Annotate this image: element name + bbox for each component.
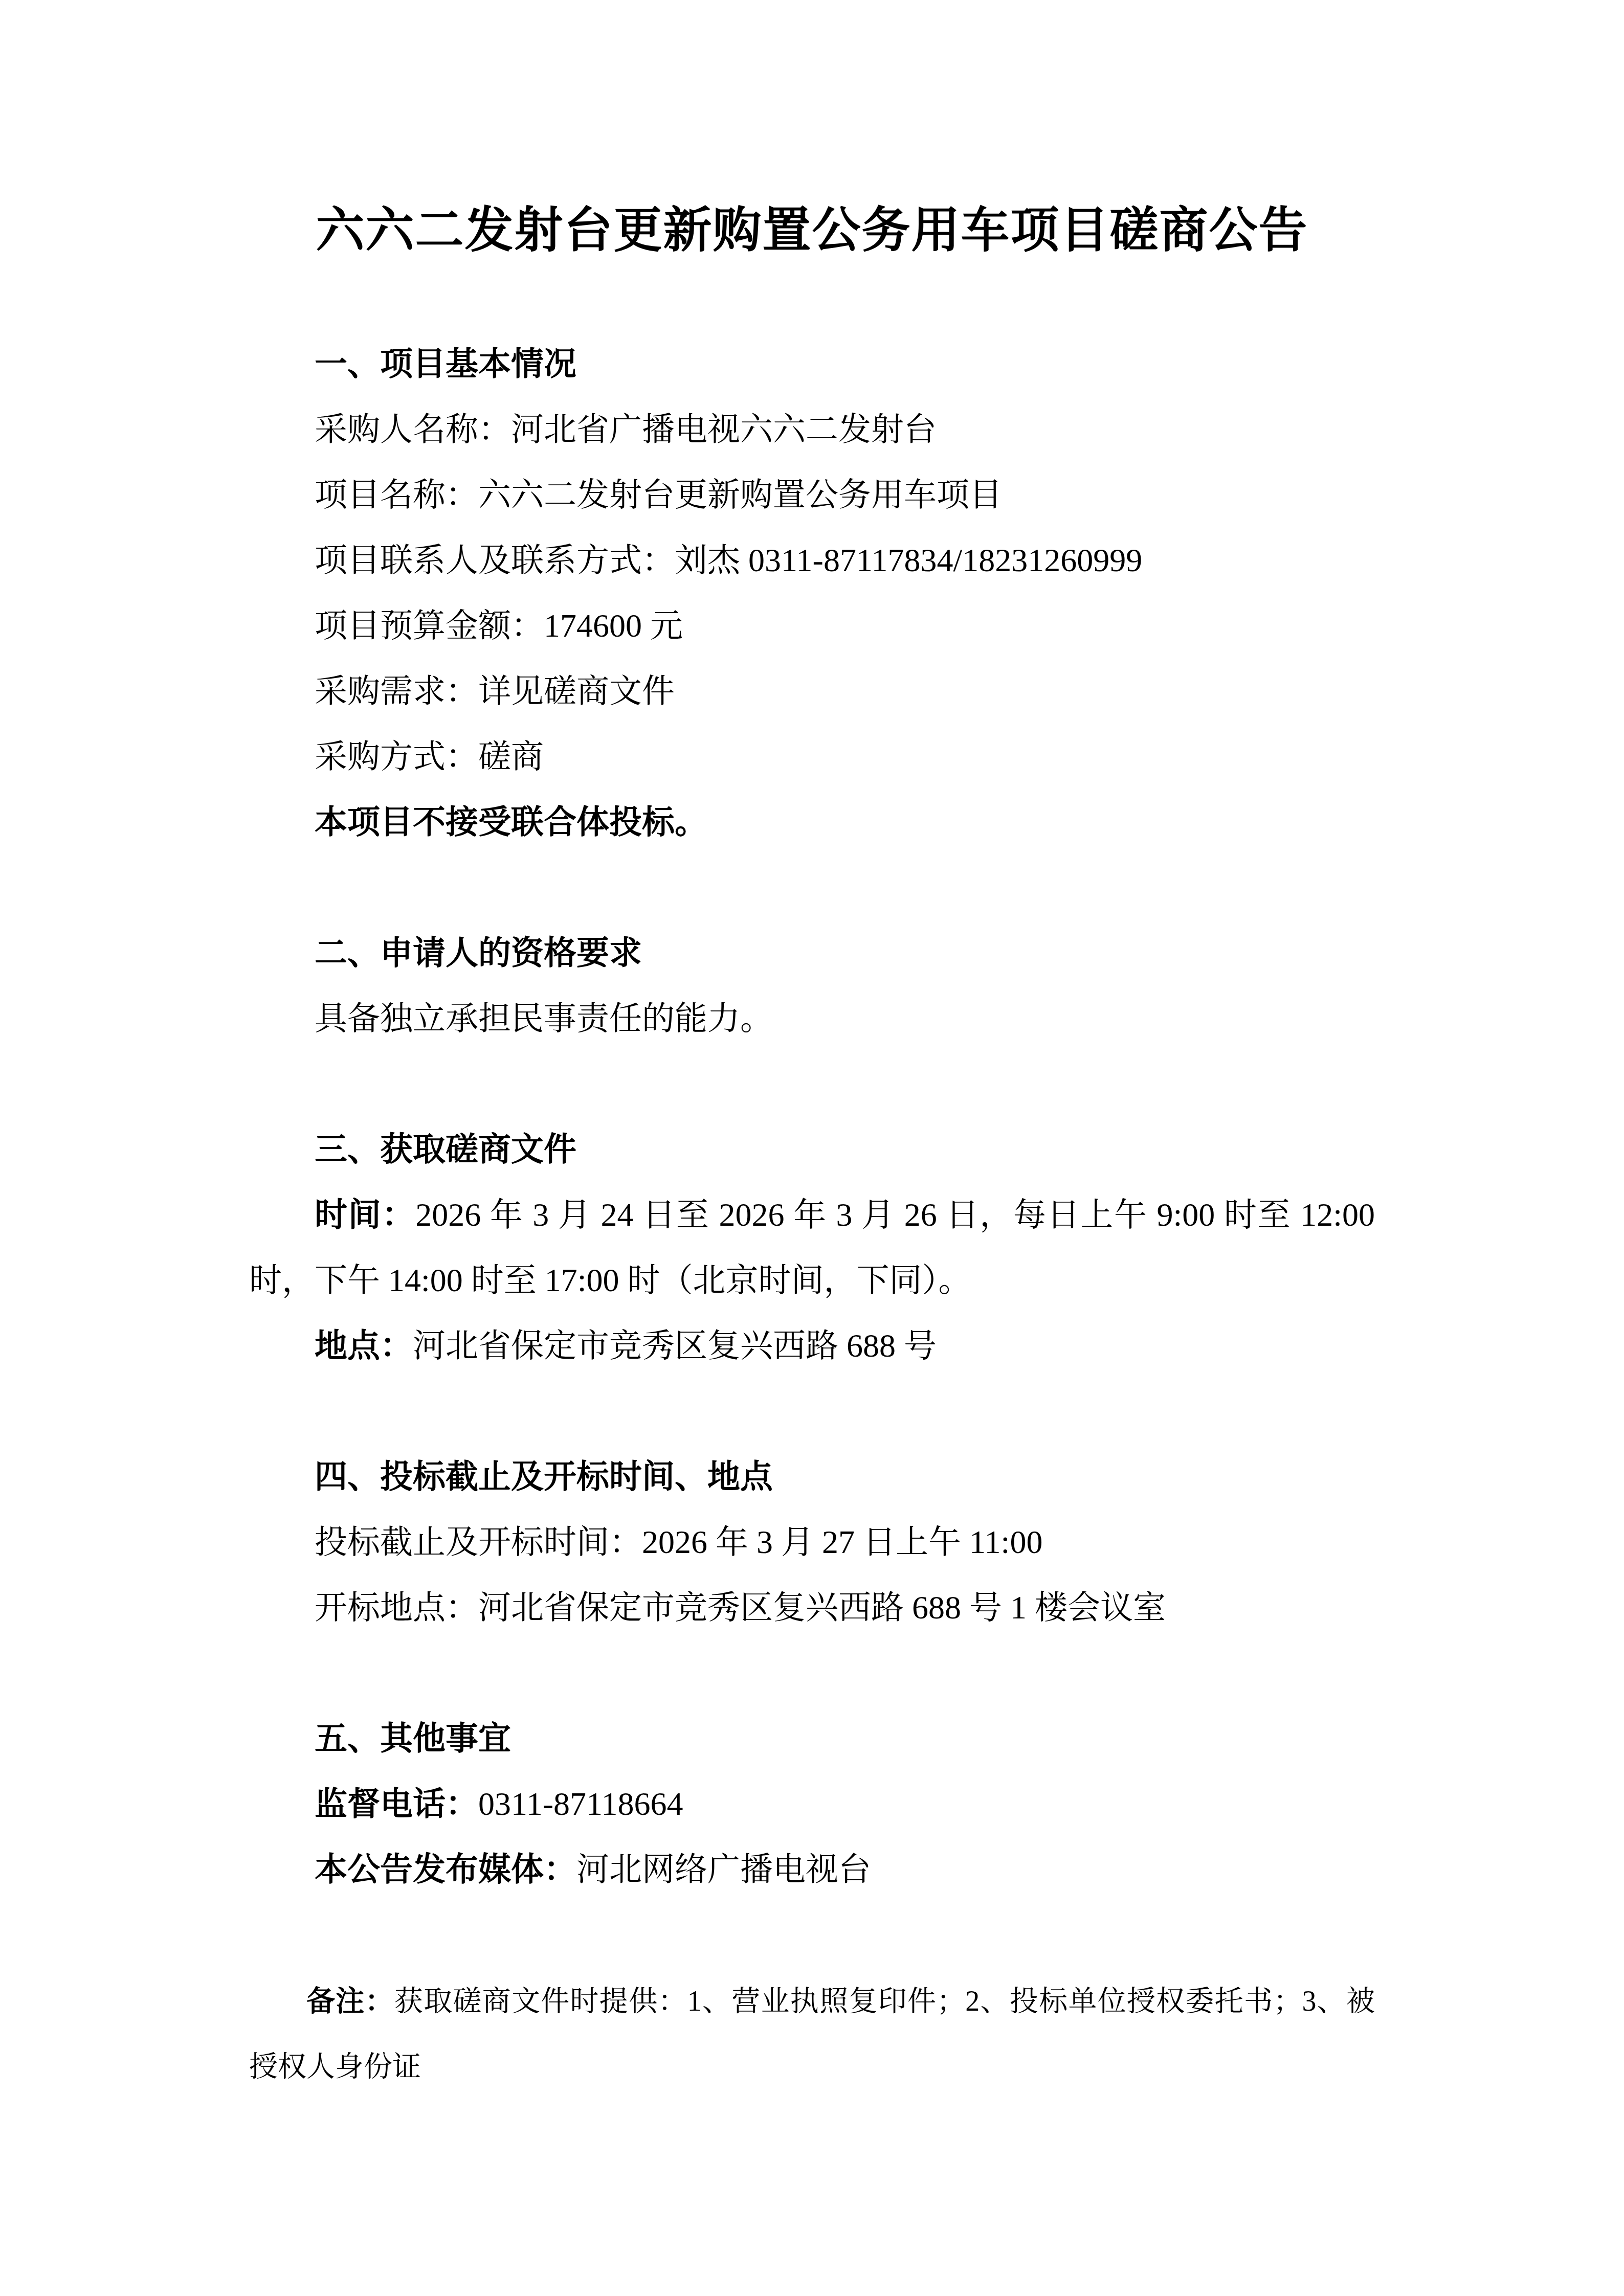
announcement-media-line: 本公告发布媒体：河北网络广播电视台 [249, 1837, 1375, 1902]
project-budget-line: 项目预算金额：174600 元 [249, 593, 1375, 659]
time-value: 2026 年 3 月 24 日至 2026 年 3 月 26 日，每日上午 9:… [249, 1197, 1375, 1298]
time-label: 时间： [315, 1197, 415, 1233]
procurement-method-line: 采购方式：磋商 [249, 724, 1375, 790]
purchaser-name-line: 采购人名称：河北省广播电视六六二发射台 [249, 397, 1375, 462]
section3-heading: 三、获取磋商文件 [249, 1117, 1375, 1182]
supervision-phone-line: 监督电话：0311-87118664 [249, 1771, 1375, 1837]
section2-heading: 二、申请人的资格要求 [249, 920, 1375, 986]
place-value: 河北省保定市竞秀区复兴西路 688 号 [413, 1327, 937, 1364]
document-page: 六六二发射台更新购置公务用车项目磋商公告 一、项目基本情况 采购人名称：河北省广… [0, 0, 1624, 2296]
announcement-media-label: 本公告发布媒体： [315, 1851, 576, 1887]
document-place-line: 地点：河北省保定市竞秀区复兴西路 688 号 [249, 1313, 1375, 1379]
remark-label: 备注： [306, 1986, 394, 2017]
remark-note: 备注：获取磋商文件时提供：1、营业执照复印件；2、投标单位授权委托书；3、被授权… [249, 1969, 1375, 2100]
section5-heading: 五、其他事宜 [249, 1706, 1375, 1771]
announcement-media-value: 河北网络广播电视台 [576, 1851, 871, 1887]
qualification-line: 具备独立承担民事责任的能力。 [249, 986, 1375, 1051]
bid-deadline-line: 投标截止及开标时间：2026 年 3 月 27 日上午 11:00 [249, 1510, 1375, 1575]
project-name-line: 项目名称：六六二发射台更新购置公务用车项目 [249, 462, 1375, 528]
place-label: 地点： [315, 1327, 413, 1364]
procurement-demand-line: 采购需求：详见磋商文件 [249, 659, 1375, 724]
section4-heading: 四、投标截止及开标时间、地点 [249, 1444, 1375, 1510]
supervision-phone-label: 监督电话： [315, 1786, 478, 1822]
remark-text: 获取磋商文件时提供：1、营业执照复印件；2、投标单位授权委托书；3、被授权人身份… [249, 1986, 1375, 2083]
no-consortium-line: 本项目不接受联合体投标。 [249, 790, 1375, 855]
document-time-line: 时间：2026 年 3 月 24 日至 2026 年 3 月 26 日，每日上午… [249, 1182, 1375, 1313]
supervision-phone-value: 0311-87118664 [478, 1786, 683, 1822]
bid-opening-place-line: 开标地点：河北省保定市竞秀区复兴西路 688 号 1 楼会议室 [249, 1575, 1375, 1640]
section1-heading: 一、项目基本情况 [249, 331, 1375, 397]
project-contact-line: 项目联系人及联系方式：刘杰 0311-87117834/18231260999 [249, 528, 1375, 593]
page-title: 六六二发射台更新购置公务用车项目磋商公告 [249, 194, 1375, 267]
